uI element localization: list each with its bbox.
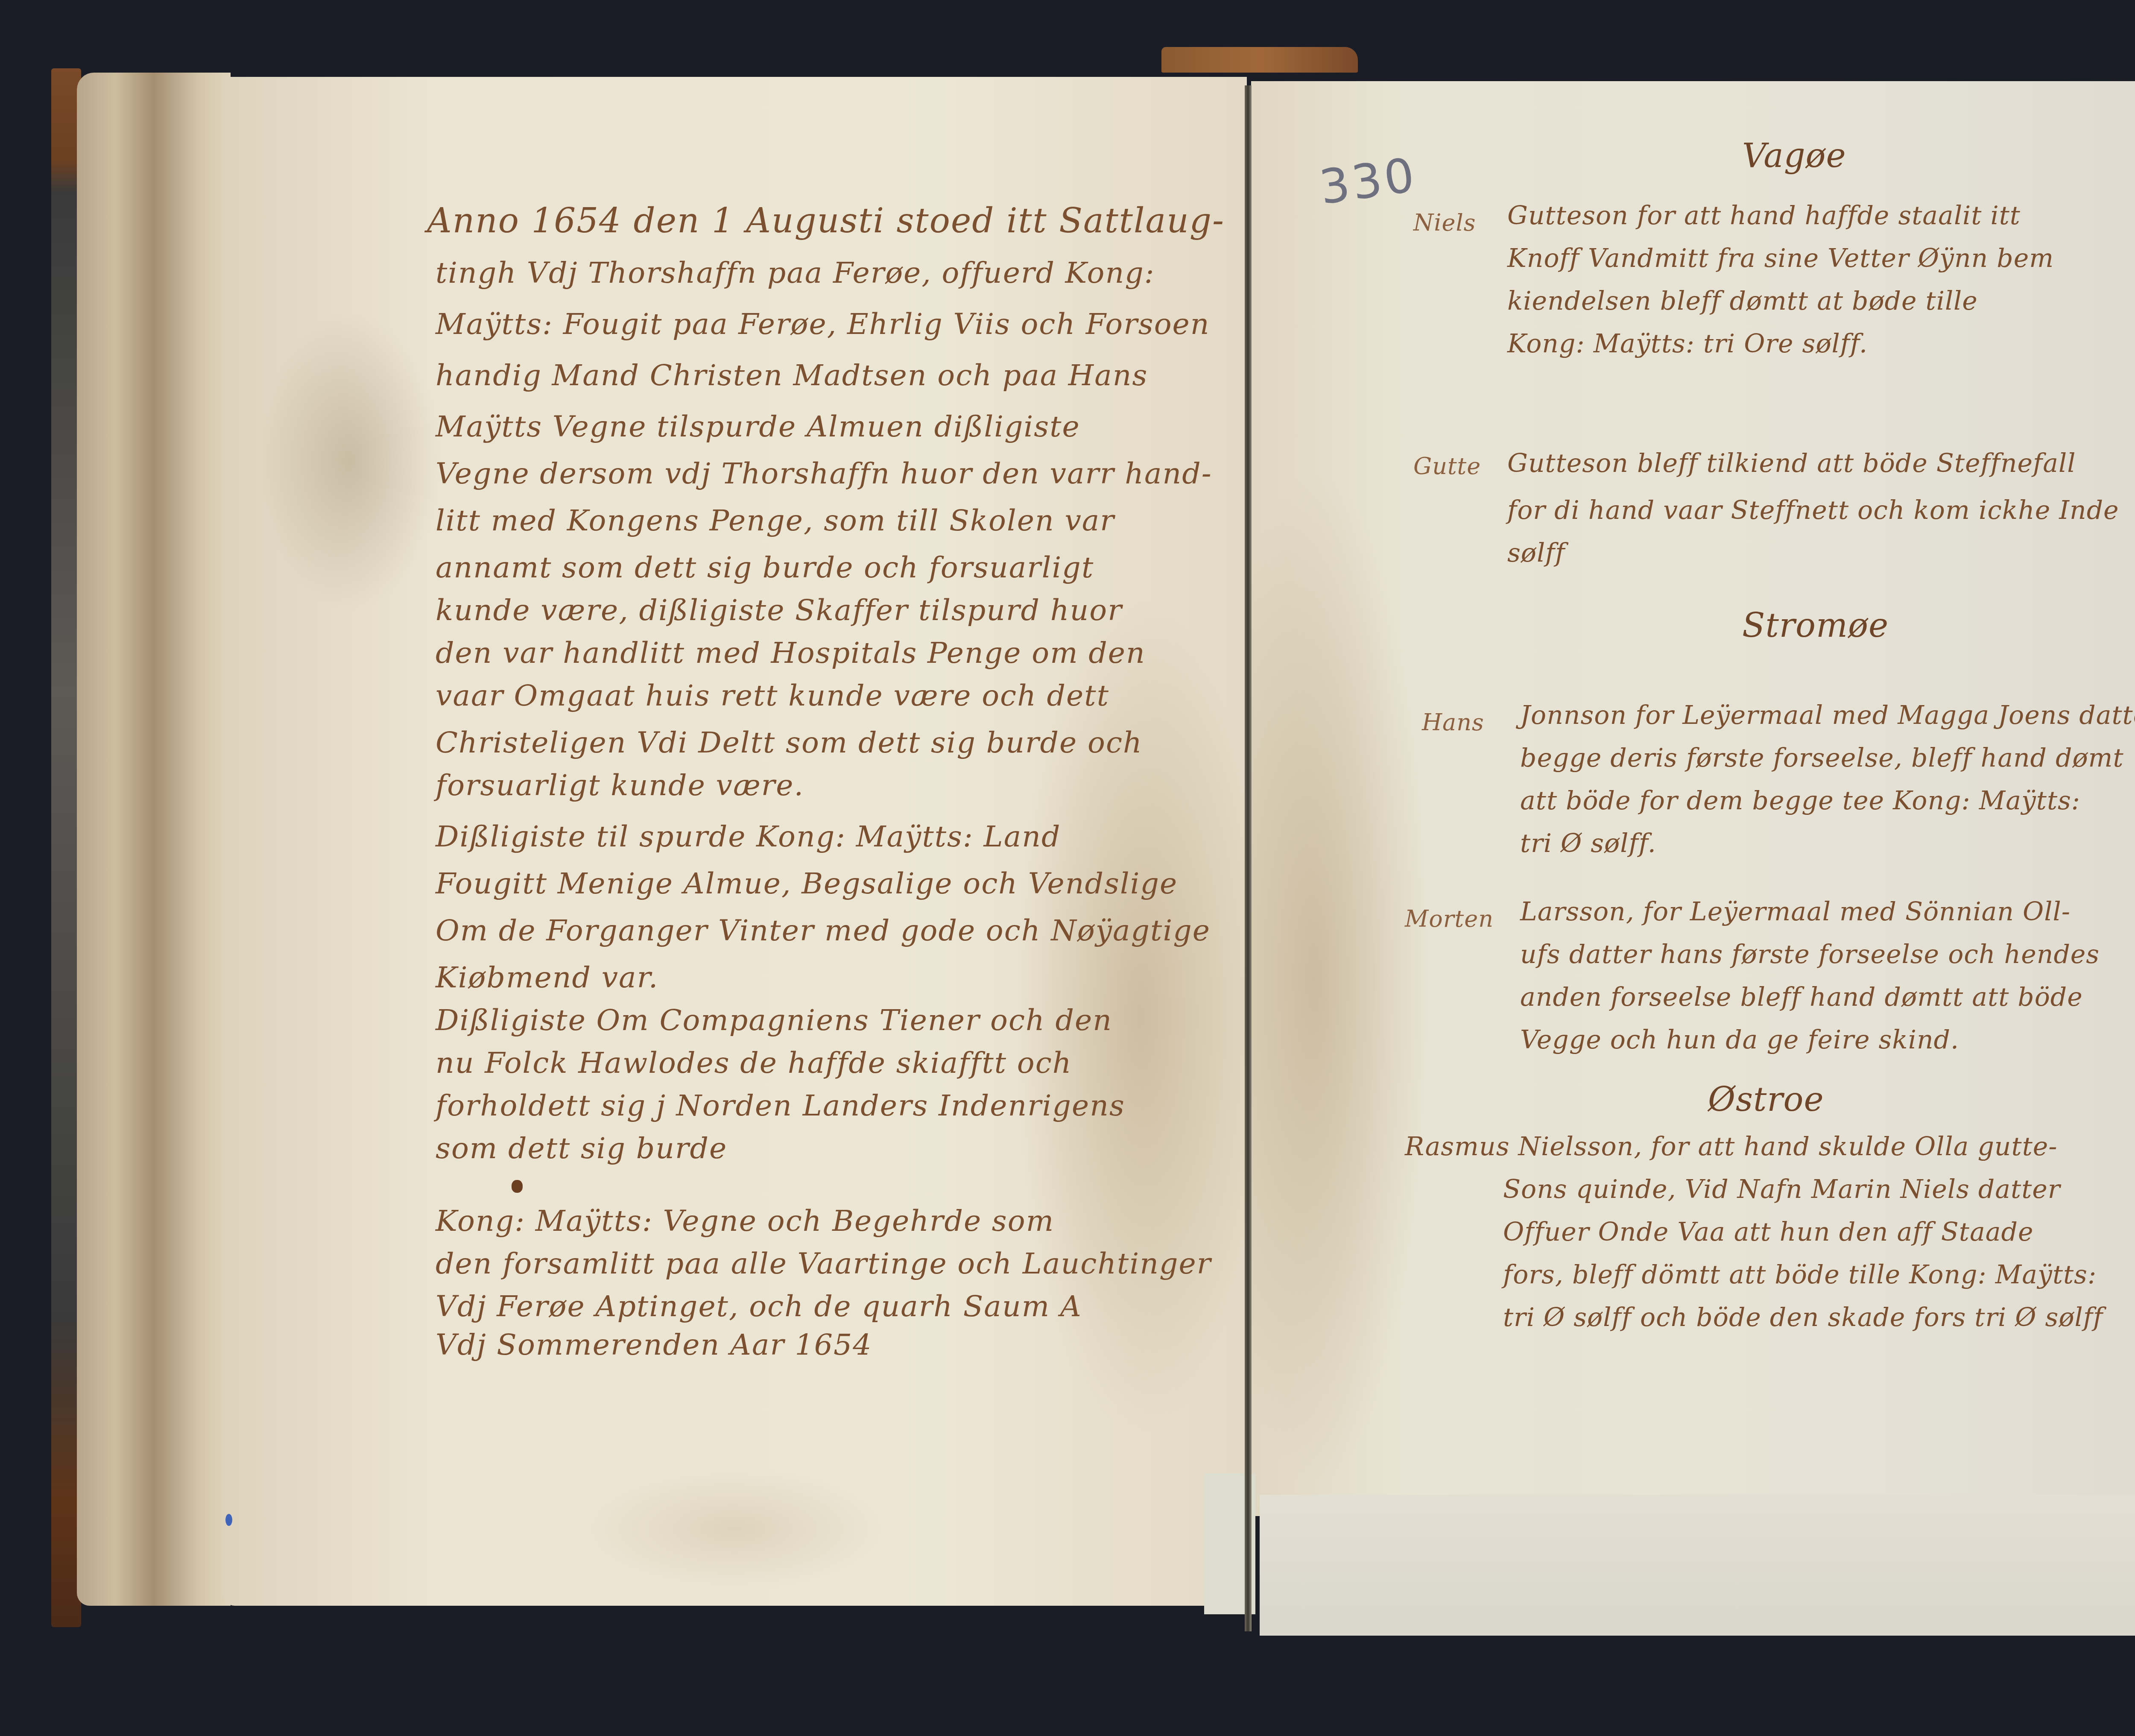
text-line: Fougitt Menige Almue, Begsalige och Vend… xyxy=(436,867,1178,901)
text-line: Jonnson for Leÿermaal med Magga Joens da… xyxy=(1520,700,2135,730)
left-fore-edge xyxy=(77,73,231,1606)
text-line: tingh Vdj Thorshaffn paa Ferøe, offuerd … xyxy=(436,256,1155,290)
text-line: Rasmus Nielsson, for att hand skulde Oll… xyxy=(1405,1132,2058,1162)
text-line: vaar Omgaat huis rett kunde være och det… xyxy=(436,679,1109,713)
text-line: Kiøbmend var. xyxy=(436,961,658,995)
text-line: den forsamlitt paa alle Vaartinge och La… xyxy=(436,1247,1211,1281)
text-line: kiendelsen bleff dømtt at bøde tille xyxy=(1507,286,1978,316)
text-line: Vegne dersom vdj Thorshaffn huor den var… xyxy=(436,457,1212,491)
text-line: Knoff Vandmitt fra sine Vetter Øÿnn bem xyxy=(1507,243,2054,273)
margin-name: Niels xyxy=(1413,209,1476,236)
margin-name: Gutte xyxy=(1413,453,1481,480)
text-line: Vegge och hun da ge feire skind. xyxy=(1520,1025,1959,1055)
text-line: anden forseelse bleff hand dømtt att böd… xyxy=(1520,982,2083,1012)
text-line: for di hand vaar Steffnett och kom ickhe… xyxy=(1507,495,2119,525)
text-line: Kong: Maÿtts: Vegne och Begehrde som xyxy=(436,1204,1054,1238)
text-line: Om de Forganger Vinter med gode och Nøÿa… xyxy=(436,914,1211,948)
section-heading: Vagøe xyxy=(1742,137,1846,175)
text-line: Sons quinde, Vid Nafn Marin Niels datter xyxy=(1503,1174,2060,1204)
text-line: annamt som dett sig burde och forsuarlig… xyxy=(436,551,1094,585)
text-line: Gutteson for att hand haffde staalit itt xyxy=(1507,201,2021,231)
text-line: tri Ø sølff och böde den skade fors tri … xyxy=(1503,1303,2103,1332)
text-line: som dett sig burde xyxy=(436,1132,727,1165)
text-line: Gutteson bleff tilkiend att böde Steffne… xyxy=(1507,448,2076,478)
text-line: sølff xyxy=(1507,538,1565,568)
text-line: litt med Kongens Penge, som till Skolen … xyxy=(436,504,1115,538)
open-manuscript-book: Anno 1654 den 1 Augusti stoed itt Sattla… xyxy=(0,0,2135,1736)
text-line: den var handlitt med Hospitals Penge om … xyxy=(436,636,1146,670)
text-line: Christeligen Vdi Deltt som dett sig burd… xyxy=(436,726,1143,760)
text-line: ufs datter hans første forseelse och hen… xyxy=(1520,940,2100,969)
text-line: Anno 1654 den 1 Augusti stoed itt Sattla… xyxy=(427,201,1225,240)
text-line: Maÿtts: Fougit paa Ferøe, Ehrlig Viis oc… xyxy=(436,307,1210,341)
text-line: att böde for dem begge tee Kong: Maÿtts: xyxy=(1520,786,2080,816)
text-line: begge deris første forseelse, bleff hand… xyxy=(1520,743,2124,773)
section-heading: Østroe xyxy=(1708,1080,1824,1119)
margin-name: Hans xyxy=(1422,709,1484,736)
right-page-lower-edge xyxy=(1260,1495,2135,1636)
text-line: Vdj Sommerenden Aar 1654 xyxy=(436,1328,872,1362)
text-line: Kong: Maÿtts: tri Ore sølff. xyxy=(1507,329,1868,359)
text-line: Dißligiste Om Compagniens Tiener och den xyxy=(436,1004,1112,1037)
ink-blot xyxy=(512,1180,523,1193)
text-line: Vdj Ferøe Aptinget, och de quarh Saum A xyxy=(436,1290,1082,1323)
text-line: forholdett sig j Norden Landers Indenrig… xyxy=(436,1089,1125,1123)
spine-leather-tab xyxy=(1161,47,1358,73)
text-line: fors, bleff dömtt att böde tille Kong: M… xyxy=(1503,1260,2097,1290)
text-line: Maÿtts Vegne tilspurde Almuen dißligiste xyxy=(436,410,1080,444)
text-line: Larsson, for Leÿermaal med Sönnian Oll- xyxy=(1520,897,2071,927)
blue-ink-mark xyxy=(225,1514,232,1526)
margin-name: Morten xyxy=(1405,905,1494,932)
text-line: forsuarligt kunde være. xyxy=(436,769,804,802)
text-line: handig Mand Christen Madtsen och paa Han… xyxy=(436,359,1148,392)
text-line: Offuer Onde Vaa att hun den aff Staade xyxy=(1503,1217,2033,1247)
text-line: nu Folck Hawlodes de haffde skiafftt och xyxy=(436,1046,1072,1080)
book-gutter xyxy=(1245,85,1252,1631)
section-heading: Stromøe xyxy=(1742,606,1889,645)
text-line: tri Ø sølff. xyxy=(1520,828,1656,858)
text-line: Dißligiste til spurde Kong: Maÿtts: Land xyxy=(436,820,1061,854)
text-line: kunde være, dißligiste Skaffer tilspurd … xyxy=(436,594,1123,627)
